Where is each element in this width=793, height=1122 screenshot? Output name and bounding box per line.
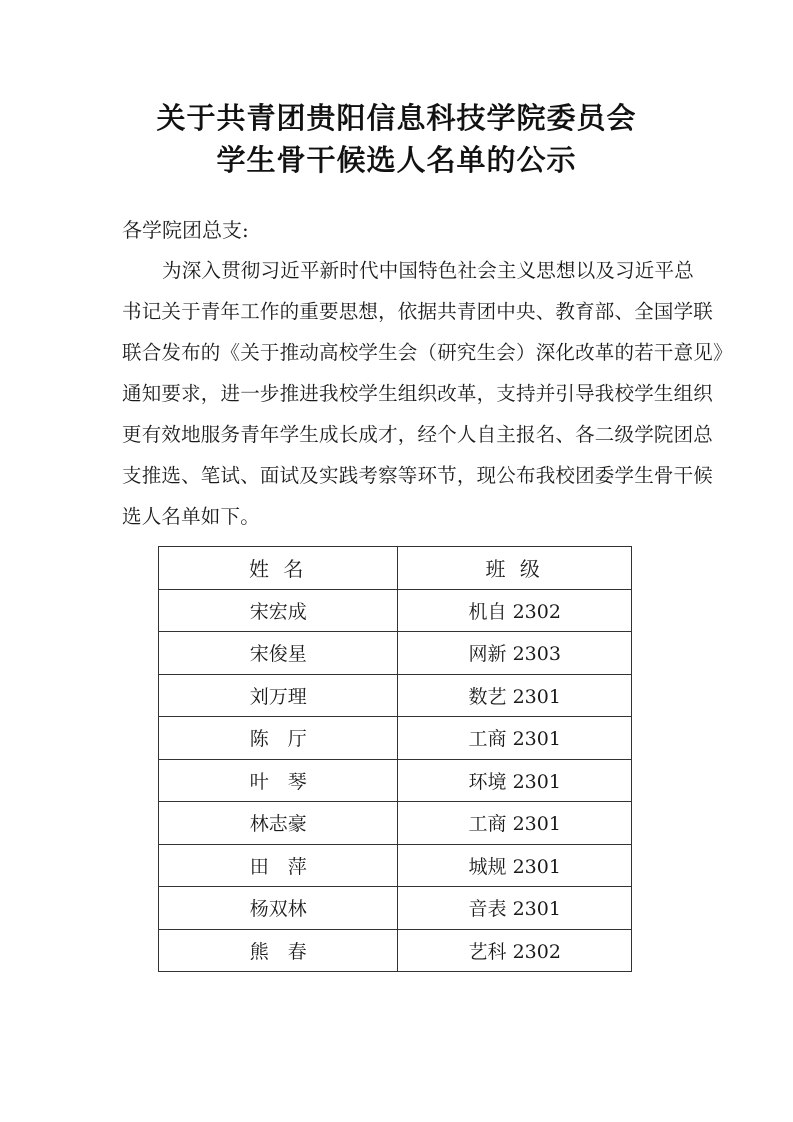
- candidate-table: 姓 名 班 级 宋宏成 机自 2302 宋俊星 网新 2303 刘万理 数艺 2…: [158, 546, 632, 972]
- table-row: 陈 厅 工商 2301: [159, 717, 632, 760]
- cell-name: 宋宏成: [159, 589, 398, 632]
- cell-class: 工商 2301: [398, 717, 632, 760]
- cell-name: 田 萍: [159, 844, 398, 887]
- salutation: 各学院团总支:: [122, 214, 249, 243]
- table-row: 熊 春 艺科 2302: [159, 929, 632, 972]
- cell-class: 工商 2301: [398, 802, 632, 845]
- cell-class: 机自 2302: [398, 589, 632, 632]
- body-paragraph: 为深入贯彻习近平新时代中国特色社会主义思想以及习近平总 书记关于青年工作的重要思…: [122, 250, 688, 537]
- header-class: 班 级: [398, 547, 632, 590]
- cell-class: 艺科 2302: [398, 929, 632, 972]
- document-title-line-1: 关于共青团贵阳信息科技学院委员会: [0, 96, 793, 137]
- cell-name: 叶 琴: [159, 759, 398, 802]
- body-line: 选人名单如下。: [122, 496, 688, 537]
- body-line: 通知要求，进一步推进我校学生组织改革，支持并引导我校学生组织: [122, 373, 688, 414]
- table-row: 叶 琴 环境 2301: [159, 759, 632, 802]
- cell-name: 宋俊星: [159, 632, 398, 675]
- cell-class: 环境 2301: [398, 759, 632, 802]
- cell-name: 陈 厅: [159, 717, 398, 760]
- table-row: 杨双林 音表 2301: [159, 887, 632, 930]
- table-row: 刘万理 数艺 2301: [159, 674, 632, 717]
- cell-class: 城规 2301: [398, 844, 632, 887]
- body-line: 为深入贯彻习近平新时代中国特色社会主义思想以及习近平总: [122, 250, 688, 291]
- document-title-line-2: 学生骨干候选人名单的公示: [0, 138, 793, 179]
- body-line: 更有效地服务青年学生成长成才，经个人自主报名、各二级学院团总: [122, 414, 688, 455]
- cell-class: 数艺 2301: [398, 674, 632, 717]
- table-header-row: 姓 名 班 级: [159, 547, 632, 590]
- cell-class: 音表 2301: [398, 887, 632, 930]
- body-line: 联合发布的《关于推动高校学生会（研究生会）深化改革的若干意见》: [122, 332, 688, 373]
- table-row: 宋宏成 机自 2302: [159, 589, 632, 632]
- header-name: 姓 名: [159, 547, 398, 590]
- cell-class: 网新 2303: [398, 632, 632, 675]
- cell-name: 刘万理: [159, 674, 398, 717]
- cell-name: 杨双林: [159, 887, 398, 930]
- body-line: 支推选、笔试、面试及实践考察等环节，现公布我校团委学生骨干候: [122, 455, 688, 496]
- body-line: 书记关于青年工作的重要思想，依据共青团中央、教育部、全国学联: [122, 291, 688, 332]
- table-row: 林志豪 工商 2301: [159, 802, 632, 845]
- table-row: 田 萍 城规 2301: [159, 844, 632, 887]
- cell-name: 林志豪: [159, 802, 398, 845]
- cell-name: 熊 春: [159, 929, 398, 972]
- table-row: 宋俊星 网新 2303: [159, 632, 632, 675]
